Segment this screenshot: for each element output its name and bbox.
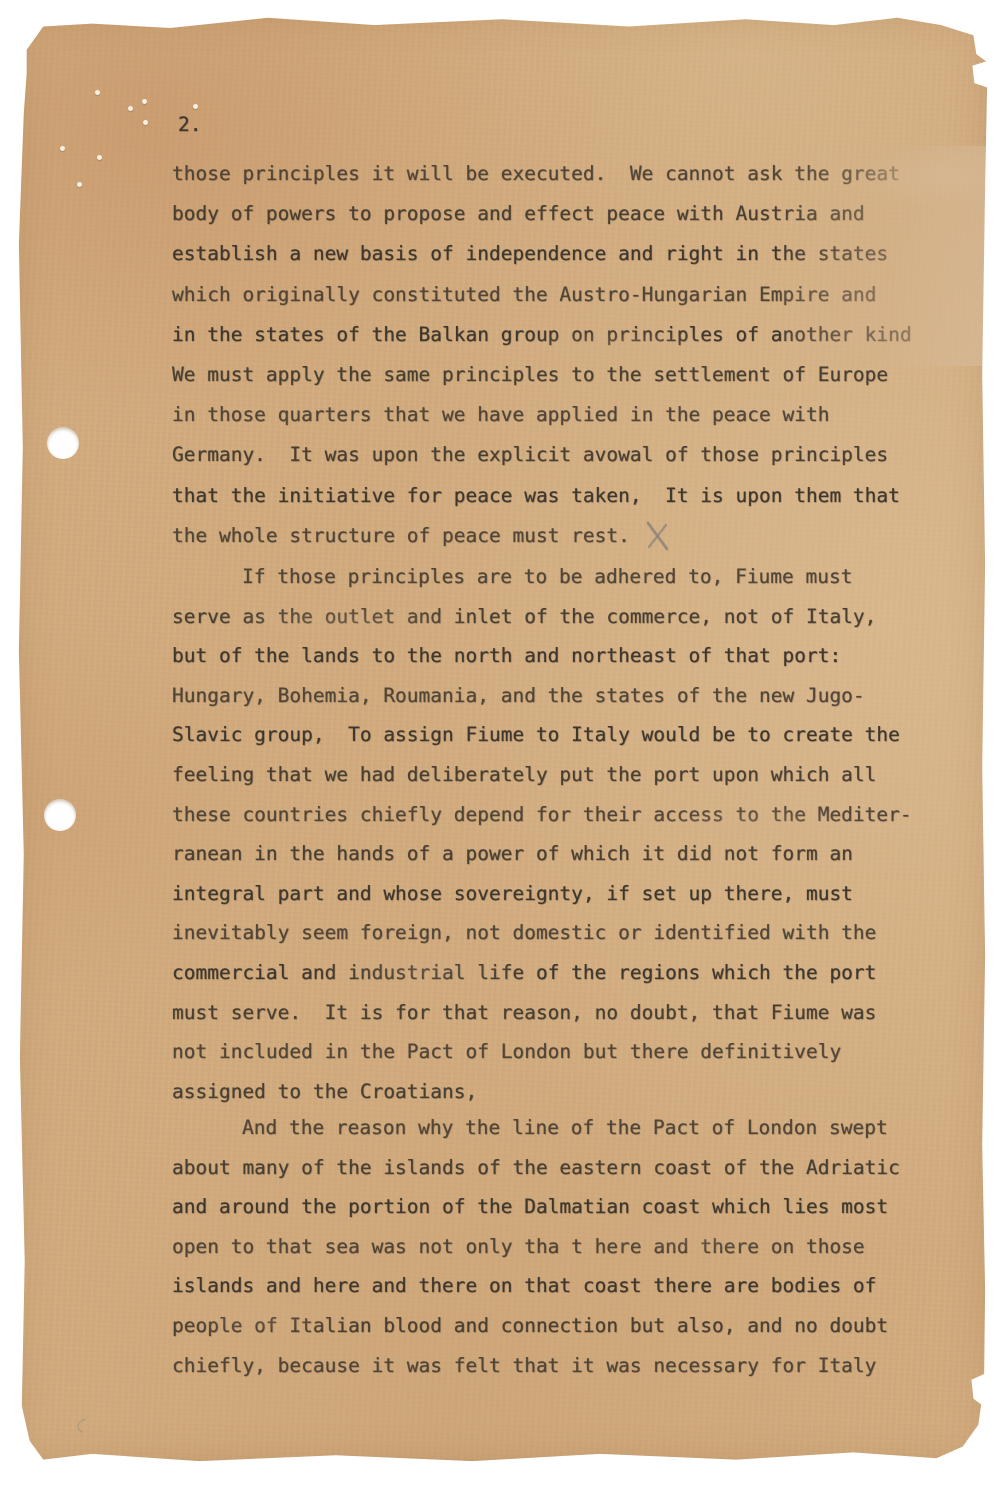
paragraph-2: If those principles are to be adhered to… [172, 557, 912, 1111]
paper-sheet: 2. those principles it will be executed.… [14, 12, 990, 1464]
text-line: in those quarters that we have applied i… [172, 395, 912, 435]
pin-hole [128, 106, 133, 111]
paragraph-3: And the reason why the line of the Pact … [172, 1108, 900, 1385]
text-line: assigned to the Croatians, [172, 1072, 912, 1112]
text-line: Hungary, Bohemia, Roumania, and the stat… [172, 676, 912, 716]
page-number: 2. [178, 112, 201, 138]
text-line: establish a new basis of independence an… [172, 234, 912, 274]
text-line: If those principles are to be adhered to… [172, 557, 912, 597]
text-line: in the states of the Balkan group on pri… [172, 315, 912, 355]
pencil-x-mark [645, 520, 671, 552]
pencil-squiggle-mark [74, 1416, 90, 1436]
text-line: those principles it will be executed. We… [172, 154, 912, 194]
text-line: feeling that we had deliberately put the… [172, 755, 912, 795]
text-line: commercial and industrial life of the re… [172, 953, 912, 993]
text-line: must serve. It is for that reason, no do… [172, 993, 912, 1033]
text-line: serve as the outlet and inlet of the com… [172, 597, 912, 637]
text-line: and around the portion of the Dalmatian … [172, 1187, 900, 1227]
text-line: Slavic group, To assign Fiume to Italy w… [172, 715, 912, 755]
text-line: inevitably seem foreign, not domestic or… [172, 913, 912, 953]
text-line: people of Italian blood and connection b… [172, 1306, 900, 1346]
pin-hole [77, 182, 82, 187]
pin-hole [95, 90, 100, 95]
text-line: body of powers to propose and effect pea… [172, 194, 912, 234]
punch-hole-bottom [44, 799, 76, 831]
text-line: And the reason why the line of the Pact … [172, 1108, 900, 1148]
pin-hole [60, 146, 65, 151]
punch-hole-top [47, 427, 79, 459]
text-line: that the initiative for peace was taken,… [172, 476, 912, 516]
text-line: not included in the Pact of London but t… [172, 1032, 912, 1072]
text-line: about many of the islands of the eastern… [172, 1148, 900, 1188]
text-line: ranean in the hands of a power of which … [172, 834, 912, 874]
text-line: these countries chiefly depend for their… [172, 795, 912, 835]
text-line: but of the lands to the north and northe… [172, 636, 912, 676]
pin-hole [142, 99, 147, 104]
paragraph-1: those principles it will be executed. We… [172, 154, 912, 556]
pin-hole [143, 120, 148, 125]
scan-background: 2. those principles it will be executed.… [0, 0, 1000, 1489]
text-line: integral part and whose sovereignty, if … [172, 874, 912, 914]
pin-hole [193, 104, 198, 109]
pin-hole [97, 155, 102, 160]
text-line: which originally constituted the Austro-… [172, 275, 912, 315]
text-line: We must apply the same principles to the… [172, 355, 912, 395]
text-line: Germany. It was upon the explicit avowal… [172, 435, 912, 475]
text-line: chiefly, because it was felt that it was… [172, 1346, 900, 1386]
text-line: the whole structure of peace must rest. [172, 516, 912, 556]
text-line: open to that sea was not only tha t here… [172, 1227, 900, 1267]
text-line: islands and here and there on that coast… [172, 1266, 900, 1306]
